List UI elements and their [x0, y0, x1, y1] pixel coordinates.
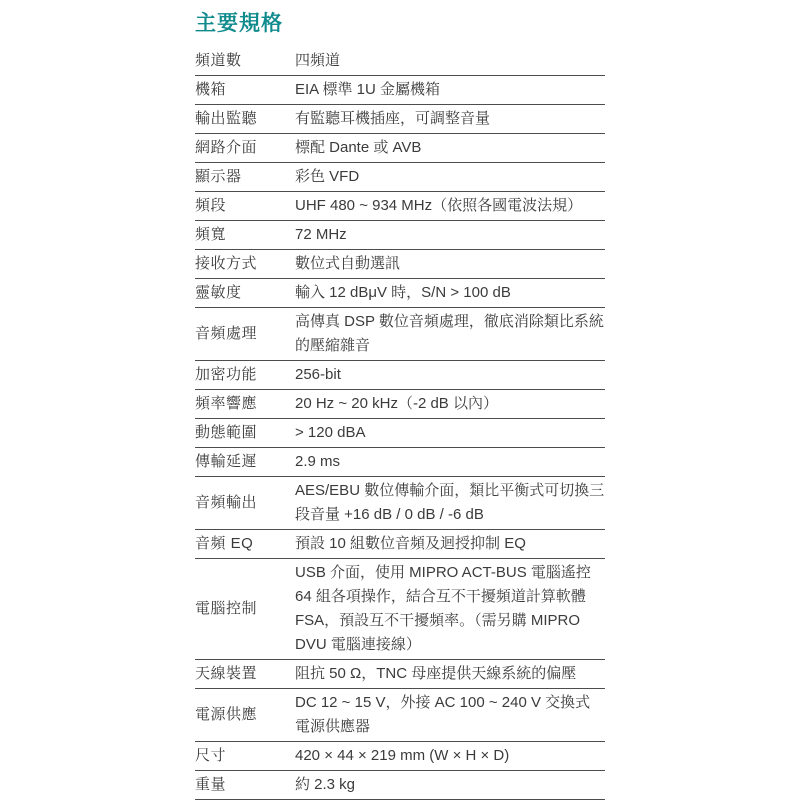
spec-label: 尺寸 — [195, 744, 295, 768]
table-row: 傳輸延遲 2.9 ms — [195, 448, 605, 477]
table-row: 接收方式 數位式自動選訊 — [195, 250, 605, 279]
spec-value: 2.9 ms — [295, 450, 605, 474]
spec-label: 天線裝置 — [195, 662, 295, 686]
spec-label: 頻寬 — [195, 223, 295, 247]
spec-label: 音頻輸出 — [195, 491, 295, 515]
spec-label: 頻率響應 — [195, 392, 295, 416]
spec-value: 預設 10 組數位音頻及迴授抑制 EQ — [295, 532, 605, 556]
table-row: 尺寸 420 × 44 × 219 mm (W × H × D) — [195, 742, 605, 771]
table-row: 輸出監聽 有監聽耳機插座，可調整音量 — [195, 105, 605, 134]
table-row: 音頻處理 高傳真 DSP 數位音頻處理，徹底消除類比系統的壓縮雜音 — [195, 308, 605, 361]
spec-value: 約 2.3 kg — [295, 773, 605, 797]
spec-value: UHF 480 ~ 934 MHz（依照各國電波法規） — [295, 194, 605, 218]
spec-label: 網路介面 — [195, 136, 295, 160]
spec-label: 靈敏度 — [195, 281, 295, 305]
spec-value: 輸入 12 dBμV 時，S/N > 100 dB — [295, 281, 605, 305]
spec-label: 電源供應 — [195, 703, 295, 727]
table-row: 頻道數 四頻道 — [195, 47, 605, 76]
spec-value: EIA 標準 1U 金屬機箱 — [295, 78, 605, 102]
spec-label: 電腦控制 — [195, 597, 295, 621]
table-row: 靈敏度 輸入 12 dBμV 時，S/N > 100 dB — [195, 279, 605, 308]
table-row: 電源供應 DC 12 ~ 15 V，外接 AC 100 ~ 240 V 交換式電… — [195, 689, 605, 742]
spec-label: 頻道數 — [195, 49, 295, 73]
spec-page: 主要規格 頻道數 四頻道 機箱 EIA 標準 1U 金屬機箱 輸出監聽 有監聽耳… — [195, 12, 605, 800]
spec-value: 標配 Dante 或 AVB — [295, 136, 605, 160]
spec-label: 動態範圍 — [195, 421, 295, 445]
spec-value: 數位式自動選訊 — [295, 252, 605, 276]
table-row: 音頻輸出 AES/EBU 數位傳輸介面，類比平衡式可切換三段音量 +16 dB … — [195, 477, 605, 530]
spec-label: 重量 — [195, 773, 295, 797]
table-row: 顯示器 彩色 VFD — [195, 163, 605, 192]
spec-label: 頻段 — [195, 194, 295, 218]
spec-value: 有監聽耳機插座，可調整音量 — [295, 107, 605, 131]
spec-value: 420 × 44 × 219 mm (W × H × D) — [295, 744, 605, 768]
spec-label: 音頻 EQ — [195, 532, 295, 556]
spec-value: 72 MHz — [295, 223, 605, 247]
table-row: 網路介面 標配 Dante 或 AVB — [195, 134, 605, 163]
spec-value: 高傳真 DSP 數位音頻處理，徹底消除類比系統的壓縮雜音 — [295, 310, 605, 358]
spec-label: 音頻處理 — [195, 322, 295, 346]
table-row: 音頻 EQ 預設 10 組數位音頻及迴授抑制 EQ — [195, 530, 605, 559]
table-row: 頻段 UHF 480 ~ 934 MHz（依照各國電波法規） — [195, 192, 605, 221]
spec-label: 機箱 — [195, 78, 295, 102]
section-title: 主要規格 — [195, 12, 605, 36]
table-row: 頻寬 72 MHz — [195, 221, 605, 250]
spec-label: 加密功能 — [195, 363, 295, 387]
spec-value: AES/EBU 數位傳輸介面，類比平衡式可切換三段音量 +16 dB / 0 d… — [295, 479, 605, 527]
table-row: 加密功能 256-bit — [195, 361, 605, 390]
spec-label: 顯示器 — [195, 165, 295, 189]
spec-value: 阻抗 50 Ω，TNC 母座提供天線系統的偏壓 — [295, 662, 605, 686]
table-row: 頻率響應 20 Hz ~ 20 kHz（-2 dB 以內） — [195, 390, 605, 419]
table-row: 天線裝置 阻抗 50 Ω，TNC 母座提供天線系統的偏壓 — [195, 660, 605, 689]
spec-value: 四頻道 — [295, 49, 605, 73]
spec-value: > 120 dBA — [295, 421, 605, 445]
spec-value: 20 Hz ~ 20 kHz（-2 dB 以內） — [295, 392, 605, 416]
spec-label: 輸出監聽 — [195, 107, 295, 131]
spec-table: 頻道數 四頻道 機箱 EIA 標準 1U 金屬機箱 輸出監聽 有監聽耳機插座，可… — [195, 47, 605, 800]
table-row: 電腦控制 USB 介面，使用 MIPRO ACT-BUS 電腦遙控 64 組各項… — [195, 559, 605, 660]
spec-value: 256-bit — [295, 363, 605, 387]
spec-label: 接收方式 — [195, 252, 295, 276]
table-row: 動態範圍 > 120 dBA — [195, 419, 605, 448]
spec-value: USB 介面，使用 MIPRO ACT-BUS 電腦遙控 64 組各項操作，結合… — [295, 561, 605, 657]
spec-value: 彩色 VFD — [295, 165, 605, 189]
spec-label: 傳輸延遲 — [195, 450, 295, 474]
table-row: 重量 約 2.3 kg — [195, 771, 605, 800]
spec-value: DC 12 ~ 15 V，外接 AC 100 ~ 240 V 交換式電源供應器 — [295, 691, 605, 739]
table-row: 機箱 EIA 標準 1U 金屬機箱 — [195, 76, 605, 105]
